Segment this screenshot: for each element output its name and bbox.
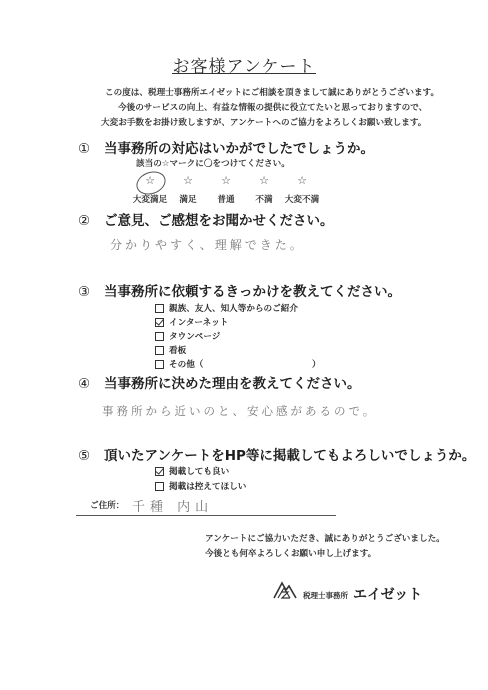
logo-firm-name: エイゼット [353,584,422,604]
checkbox[interactable] [155,332,164,341]
star-icon[interactable]: ☆ [292,174,312,187]
option-publish-ok[interactable]: 掲載しても良い [155,465,229,477]
checkbox-checked[interactable] [155,467,164,476]
question-2: ②ご意見、ご感想をお聞かせください。 [78,209,334,229]
option-other-close-paren: ） [312,358,321,370]
question-text: ご意見、ご感想をお聞かせください。 [104,213,334,229]
handwritten-answer-2[interactable]: 分かりやすく、理解できた。 [110,236,305,253]
address-underline [76,515,336,516]
star-icon[interactable]: ☆ [216,174,236,187]
closing-line-1: アンケートにご協力いただき、誠にありがとうございました。 [205,532,445,544]
question-number: ③ [78,284,104,300]
option-label: 看板 [169,344,186,356]
logo-firm-type: 税理士事務所 [303,590,348,601]
question-number: ⑤ [78,448,104,464]
rating-instruction: 該当の☆マークに〇をつけてください。 [136,157,290,169]
az-mountain-logo-icon [272,580,298,600]
option-label: その他（ [169,358,203,370]
intro-line-1: この度は、税理士事務所エイゼットにご相談を頂きまして誠にありがとうございます。 [105,86,439,98]
rating-label: 大変不満 [277,193,327,205]
handwritten-answer-4[interactable]: 事務所から近いのと、安心感があるので。 [102,403,377,419]
option-other[interactable]: その他（ [155,358,203,370]
question-3: ③当事務所に依頼するきっかけを教えてください。 [78,280,401,300]
star-icon[interactable]: ☆ [140,174,160,187]
option-label: 親族、友人、知人等からのご紹介 [169,302,298,314]
question-text: 当事務所に依頼するきっかけを教えてください。 [104,284,401,300]
title-underline [172,73,316,74]
checkbox[interactable] [155,482,164,491]
intro-line-3: 大変お手数をお掛け致しますが、アンケートへのご協力をよろしくお願い致します。 [101,116,426,128]
question-5: ⑤頂いたアンケートをHP等に掲載してもよろしいでしょうか。 [78,444,475,464]
question-number: ① [78,141,104,157]
option-label: インターネット [169,316,228,328]
option-signboard[interactable]: 看板 [155,344,186,356]
question-1: ①当事務所の対応はいかがでしたでしょうか。 [78,137,374,157]
option-label: 掲載は控えてほしい [169,480,246,492]
question-4: ④当事務所に決めた理由を教えてください。 [78,372,361,392]
intro-line-2: 今後のサービスの向上、有益な情報の提供に役立てたいと思っておりますので、 [118,101,427,113]
star-icon[interactable]: ☆ [178,174,198,187]
closing-line-2: 今後とも何卒よろしくお願い申し上げます。 [205,547,376,559]
option-internet[interactable]: インターネット [155,316,228,328]
question-number: ④ [78,376,104,392]
checkbox[interactable] [155,346,164,355]
option-referral[interactable]: 親族、友人、知人等からのご紹介 [155,302,298,314]
address-label: ご住所： [90,499,124,511]
option-townpage[interactable]: タウンページ [155,330,220,342]
star-icon[interactable]: ☆ [254,174,274,187]
address-value[interactable]: 千種 内山 [132,496,213,515]
checkbox[interactable] [155,360,164,369]
question-text: 当事務所の対応はいかがでしたでしょうか。 [104,141,374,157]
option-publish-no[interactable]: 掲載は控えてほしい [155,480,246,492]
checkbox-checked[interactable] [155,318,164,327]
question-text: 当事務所に決めた理由を教えてください。 [104,376,361,392]
question-text: 頂いたアンケートをHP等に掲載してもよろしいでしょうか。 [104,448,475,464]
checkbox[interactable] [155,304,164,313]
option-label: タウンページ [169,330,220,342]
option-label: 掲載しても良い [169,465,229,477]
question-number: ② [78,213,104,229]
